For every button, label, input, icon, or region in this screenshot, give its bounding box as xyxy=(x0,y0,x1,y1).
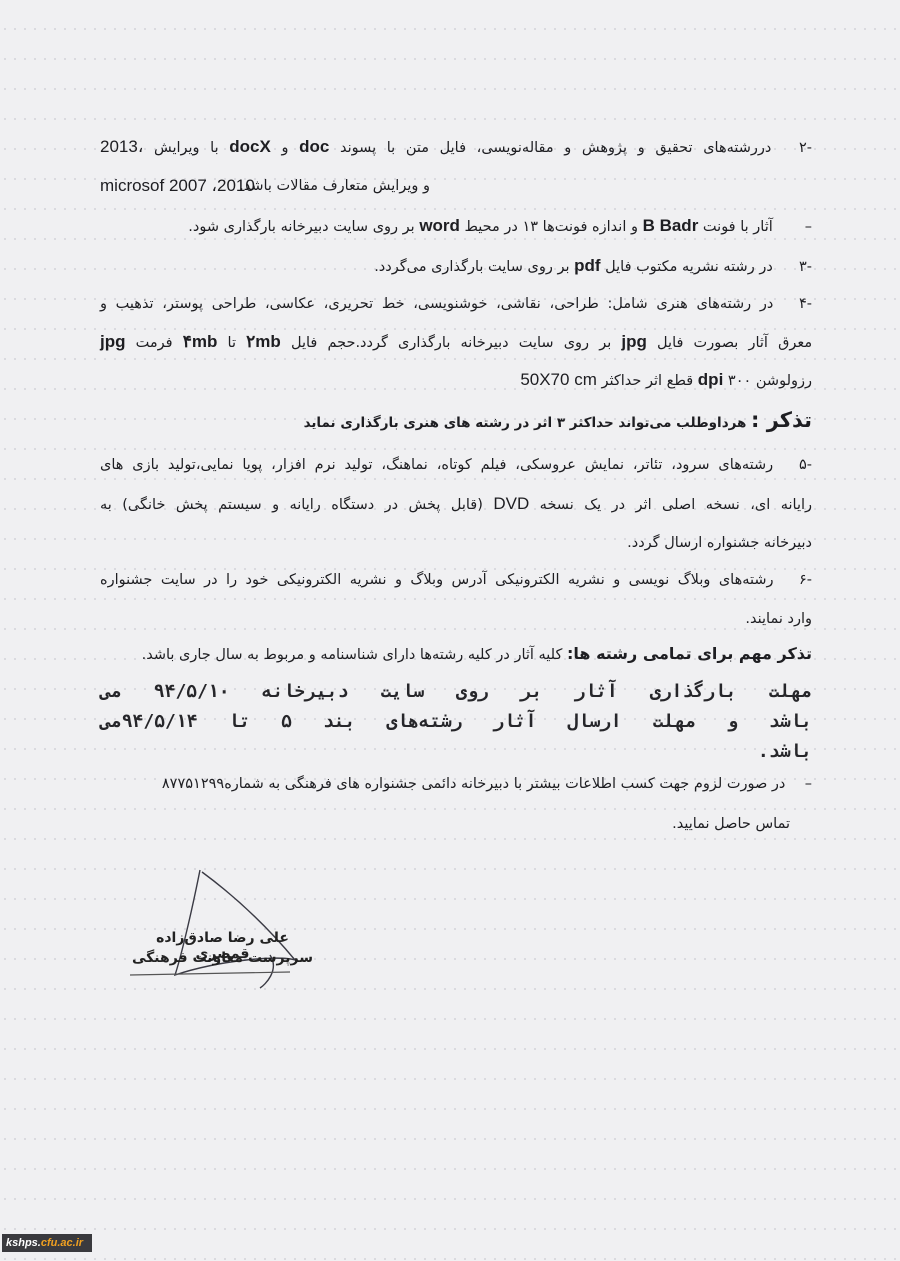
item-4-line-2: معرق آثار بصورت فایل jpg بر روی سایت دبی… xyxy=(100,332,812,353)
docx-extension: docX xyxy=(229,137,271,156)
item-2-line-1: -۲ دررشته‌های تحقیق و پژوهش و مقاله‌نویس… xyxy=(100,137,812,158)
signatory-title: سرپرست معاونت فرهنگی xyxy=(130,950,315,966)
deadline-line-1: مهلت بارگذاری آثار بر روی سایت دبیرخانه … xyxy=(100,682,812,702)
item-6-line-2: وارد نمایند. xyxy=(745,609,812,629)
scanned-document-page: -۲ دررشته‌های تحقیق و پژوهش و مقاله‌نویس… xyxy=(0,0,900,1261)
font-requirement-line: – آثار با فونت B Badr و اندازه فونت‌ها ۱… xyxy=(188,216,812,237)
doc-extension: doc xyxy=(299,137,329,156)
deadline-line-3: باشد. xyxy=(758,742,812,762)
item-3-line: -۳ در رشته نشریه مکتوب فایل pdf بر روی س… xyxy=(374,256,812,277)
item-4-line-1: -۴ در رشته‌های هنری شامل: طراحی، نقاشی، … xyxy=(100,294,812,314)
item-4-number: -۴ xyxy=(782,294,812,314)
item-4-line-3: رزولوشن ۳۰۰ dpi قطع اثر حداکثر 50X70 cm xyxy=(520,370,812,391)
item-5-number: -۵ xyxy=(782,455,812,475)
contact-line-2: تماس حاصل نمایید. xyxy=(672,814,790,834)
item-3-number: -۳ xyxy=(782,257,812,277)
item-2-line-2: و ویرایش متعارف مقالات باشد. xyxy=(239,176,430,196)
item-6-number: -۶ xyxy=(782,570,812,590)
note-all-fields: تذکر مهم برای تمامی رشته ها: کلیه آثار د… xyxy=(142,644,812,665)
deadline-line-2: باشد و مهلت ارسال آثار رشته‌های بند ۵ تا… xyxy=(100,712,812,732)
item-2-line-2-latin: microsof 2007 ،2010 xyxy=(100,176,255,197)
item-5-line-3: دبیرخانه جشنواره ارسال گردد. xyxy=(627,533,812,553)
contact-phone-text: در صورت لزوم جهت کسب اطلاعات بیشتر با دب… xyxy=(162,776,786,792)
note-label: تذکر : xyxy=(751,408,812,432)
note-label: تذکر مهم برای تمامی رشته ها: xyxy=(567,644,812,663)
note-max-works: تذکر : هرداوطلب می‌تواند حداکثر ۳ اثر در… xyxy=(304,410,812,433)
item-5-line-2: رایانه ای، نسخه اصلی اثر در یک نسخه DVD … xyxy=(100,494,812,515)
handwritten-signature-icon xyxy=(130,860,390,990)
item-6-line-1: -۶ رشته‌های وبلاگ نویسی و نشریه الکترونی… xyxy=(100,570,812,590)
item-5-line-1: -۵ رشته‌های سرود، تئاتر، نمایش عروسکی، ف… xyxy=(100,455,812,475)
contact-line-1: – در صورت لزوم جهت کسب اطلاعات بیشتر با … xyxy=(162,774,812,794)
site-watermark: kshps.cfu.ac.ir xyxy=(2,1234,92,1252)
item-2-number: -۲ xyxy=(782,138,812,158)
font-name: B Badr xyxy=(643,216,699,235)
